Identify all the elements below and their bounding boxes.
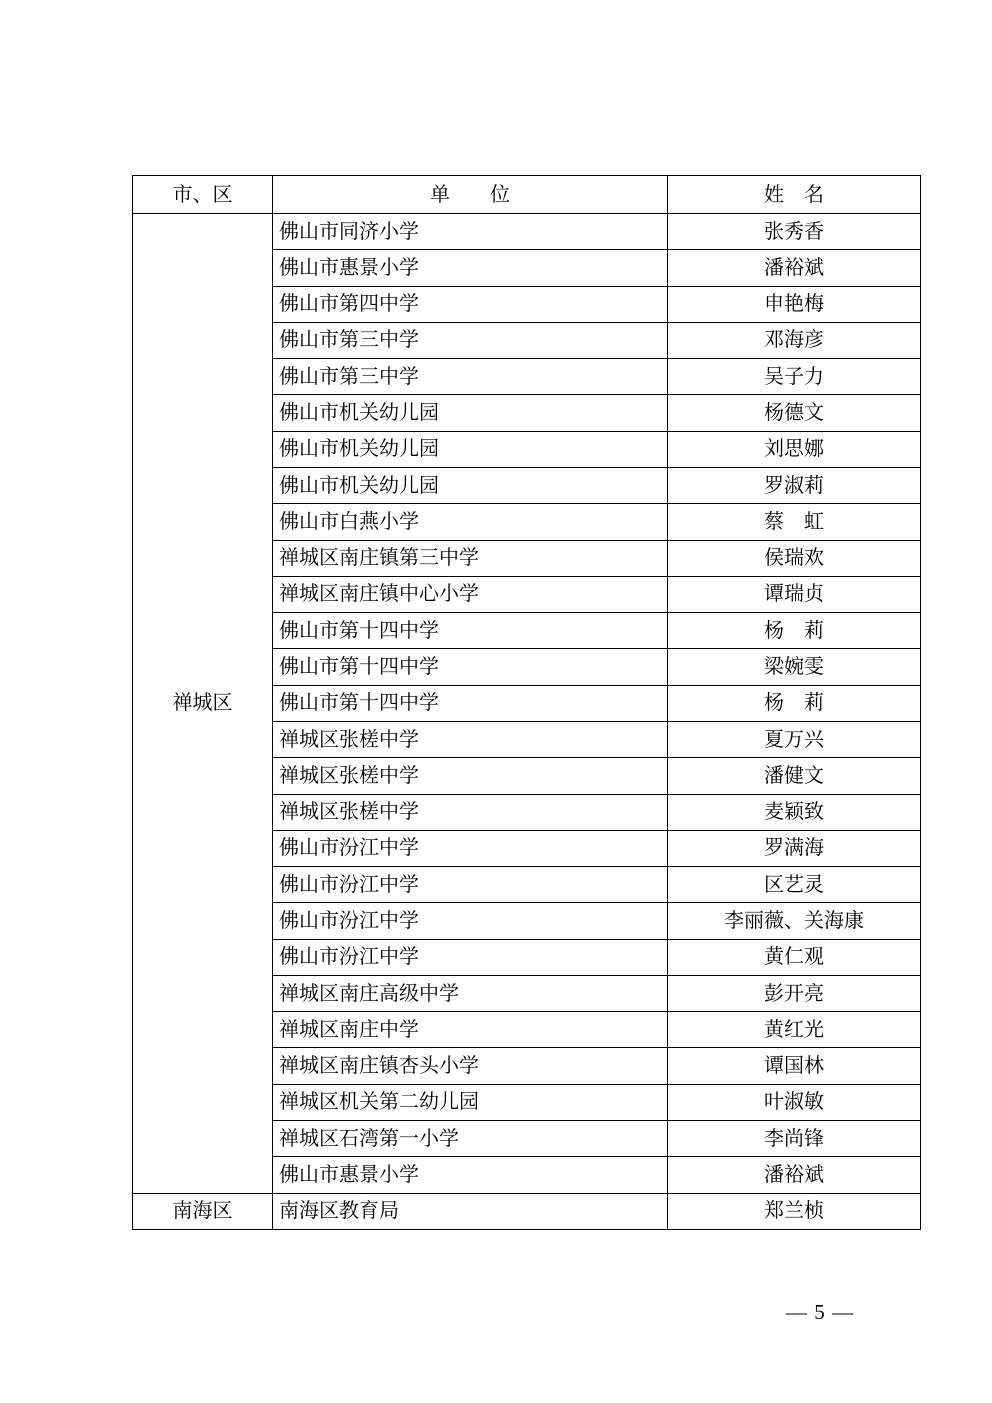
table-body: 禅城区佛山市同济小学张秀香佛山市惠景小学潘裕斌佛山市第四中学申艳梅佛山市第三中学… (133, 214, 921, 1230)
unit-cell: 禅城区张槎中学 (273, 794, 668, 830)
name-cell: 彭开亮 (668, 975, 921, 1011)
name-cell: 杨德文 (668, 395, 921, 431)
unit-cell: 禅城区张槎中学 (273, 758, 668, 794)
table-row: 南海区南海区教育局郑兰桢 (133, 1193, 921, 1229)
name-cell: 张秀香 (668, 214, 921, 250)
unit-cell: 禅城区南庄镇第三中学 (273, 540, 668, 576)
name-cell: 黄红光 (668, 1012, 921, 1048)
document-page: 市、区 单 位 姓 名 禅城区佛山市同济小学张秀香佛山市惠景小学潘裕斌佛山市第四… (0, 0, 992, 1403)
unit-cell: 佛山市汾江中学 (273, 830, 668, 866)
unit-cell: 佛山市汾江中学 (273, 867, 668, 903)
name-cell: 李丽薇、关海康 (668, 903, 921, 939)
unit-cell: 禅城区石湾第一小学 (273, 1121, 668, 1157)
unit-cell: 禅城区张槎中学 (273, 721, 668, 757)
table-row: 禅城区佛山市同济小学张秀香 (133, 214, 921, 250)
name-cell: 杨 莉 (668, 685, 921, 721)
name-cell: 麦颖致 (668, 794, 921, 830)
unit-cell: 佛山市第十四中学 (273, 685, 668, 721)
unit-cell: 佛山市汾江中学 (273, 903, 668, 939)
unit-cell: 佛山市机关幼儿园 (273, 395, 668, 431)
unit-cell: 佛山市惠景小学 (273, 250, 668, 286)
unit-cell: 佛山市白燕小学 (273, 504, 668, 540)
name-cell: 谭瑞贞 (668, 576, 921, 612)
unit-cell: 禅城区南庄高级中学 (273, 975, 668, 1011)
unit-cell: 佛山市汾江中学 (273, 939, 668, 975)
unit-cell: 佛山市第十四中学 (273, 649, 668, 685)
unit-cell: 禅城区机关第二幼儿园 (273, 1084, 668, 1120)
name-cell: 夏万兴 (668, 721, 921, 757)
district-cell: 禅城区 (133, 214, 273, 1194)
name-cell: 李尚锋 (668, 1121, 921, 1157)
unit-cell: 佛山市第十四中学 (273, 613, 668, 649)
name-cell: 叶淑敏 (668, 1084, 921, 1120)
name-cell: 梁婉雯 (668, 649, 921, 685)
district-cell: 南海区 (133, 1193, 273, 1229)
name-cell: 罗满海 (668, 830, 921, 866)
name-cell: 罗淑莉 (668, 467, 921, 503)
header-unit: 单 位 (273, 176, 668, 214)
recognition-roster-table: 市、区 单 位 姓 名 禅城区佛山市同济小学张秀香佛山市惠景小学潘裕斌佛山市第四… (132, 175, 921, 1230)
name-cell: 蔡 虹 (668, 504, 921, 540)
unit-cell: 南海区教育局 (273, 1193, 668, 1229)
header-name: 姓 名 (668, 176, 921, 214)
name-cell: 吴子力 (668, 359, 921, 395)
unit-cell: 佛山市机关幼儿园 (273, 467, 668, 503)
name-cell: 刘思娜 (668, 431, 921, 467)
page-number: — 5 — (786, 1300, 854, 1325)
name-cell: 申艳梅 (668, 286, 921, 322)
header-row: 市、区 单 位 姓 名 (133, 176, 921, 214)
name-cell: 杨 莉 (668, 613, 921, 649)
name-cell: 潘健文 (668, 758, 921, 794)
unit-cell: 禅城区南庄镇杏头小学 (273, 1048, 668, 1084)
name-cell: 潘裕斌 (668, 250, 921, 286)
name-cell: 黄仁观 (668, 939, 921, 975)
name-cell: 邓海彦 (668, 322, 921, 358)
name-cell: 谭国林 (668, 1048, 921, 1084)
unit-cell: 佛山市惠景小学 (273, 1157, 668, 1193)
unit-cell: 佛山市第三中学 (273, 359, 668, 395)
unit-cell: 佛山市机关幼儿园 (273, 431, 668, 467)
unit-cell: 禅城区南庄镇中心小学 (273, 576, 668, 612)
name-cell: 侯瑞欢 (668, 540, 921, 576)
name-cell: 郑兰桢 (668, 1193, 921, 1229)
header-district: 市、区 (133, 176, 273, 214)
unit-cell: 禅城区南庄中学 (273, 1012, 668, 1048)
name-cell: 区艺灵 (668, 867, 921, 903)
unit-cell: 佛山市第四中学 (273, 286, 668, 322)
unit-cell: 佛山市同济小学 (273, 214, 668, 250)
name-cell: 潘裕斌 (668, 1157, 921, 1193)
unit-cell: 佛山市第三中学 (273, 322, 668, 358)
